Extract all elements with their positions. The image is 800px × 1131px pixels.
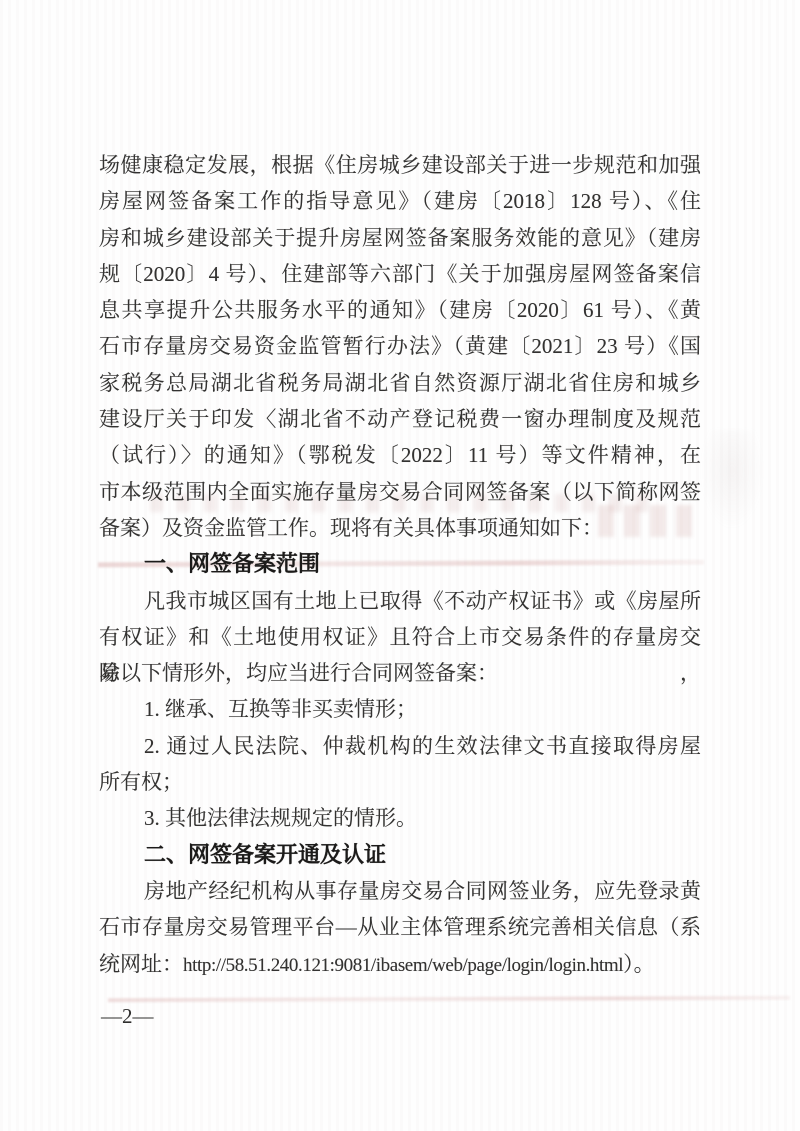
bleedthrough-blob-right-margin: [700, 430, 764, 530]
list-item-2: 2. 通过人民法院、仲裁机构的生效法律文书直接取得房屋: [99, 728, 701, 764]
document-line: 有权证》和《土地使用权证》且符合上市交易条件的存量房交易，: [99, 619, 701, 655]
document-line: 所有权；: [99, 764, 701, 800]
document-line: 凡我市城区国有土地上已取得《不动产权证书》或《房屋所: [99, 583, 701, 619]
document-line: 房屋网签备案工作的指导意见》（建房〔2018〕128 号）、《住: [99, 183, 701, 219]
document-line: （试行）〉的通知》（鄂税发〔2022〕11 号）等文件精神，在: [99, 437, 701, 473]
list-item-3: 3. 其他法律法规规定的情形。: [99, 800, 701, 836]
document-body: 场健康稳定发展，根据《住房城乡建设部关于进一步规范和加强 房屋网签备案工作的指导…: [99, 147, 701, 982]
document-line: 石市存量房交易资金监管暂行办法》（黄建〔2021〕23 号）《国: [99, 328, 701, 364]
system-url: http://58.51.240.121:9081/ibasem/web/pag…: [183, 955, 623, 976]
scanned-document-page: 场健康稳定发展，根据《住房城乡建设部关于进一步规范和加强 房屋网签备案工作的指导…: [0, 0, 800, 1131]
document-line: 场健康稳定发展，根据《住房城乡建设部关于进一步规范和加强: [99, 147, 701, 183]
document-line: 建设厅关于印发〈湖北省不动产登记税费一窗办理制度及规范: [99, 401, 701, 437]
page-number: —2—: [101, 1004, 154, 1029]
section-heading-activation: 二、网签备案开通及认证: [99, 837, 701, 873]
url-line-suffix: ）。: [623, 952, 655, 976]
document-line: 房地产经纪机构从事存量房交易合同网签业务，应先登录黄: [99, 873, 701, 909]
url-line: 统网址：http://58.51.240.121:9081/ibasem/web…: [99, 946, 701, 982]
document-line: 房和城乡建设部关于提升房屋网签备案服务效能的意见》（建房: [99, 220, 701, 256]
section-heading-scope: 一、网签备案范围: [99, 546, 701, 582]
document-line: 市本级范围内全面实施存量房交易合同网签备案（以下简称网签: [99, 474, 701, 510]
document-line: 家税务总局湖北省税务局湖北省自然资源厅湖北省住房和城乡: [99, 365, 701, 401]
url-line-prefix: 统网址：: [99, 952, 183, 976]
bleedthrough-streak-bottom: [108, 996, 790, 1002]
list-item-1: 1. 继承、互换等非买卖情形；: [99, 691, 701, 727]
document-line: 息共享提升公共服务水平的通知》（建房〔2020〕61 号）、《黄: [99, 292, 701, 328]
document-line: 备案）及资金监管工作。现将有关具体事项通知如下：: [99, 510, 701, 546]
document-line: 石市存量房交易管理平台—从业主体管理系统完善相关信息（系: [99, 909, 701, 945]
document-line: 规〔2020〕4 号）、住建部等六部门《关于加强房屋网签备案信: [99, 256, 701, 292]
